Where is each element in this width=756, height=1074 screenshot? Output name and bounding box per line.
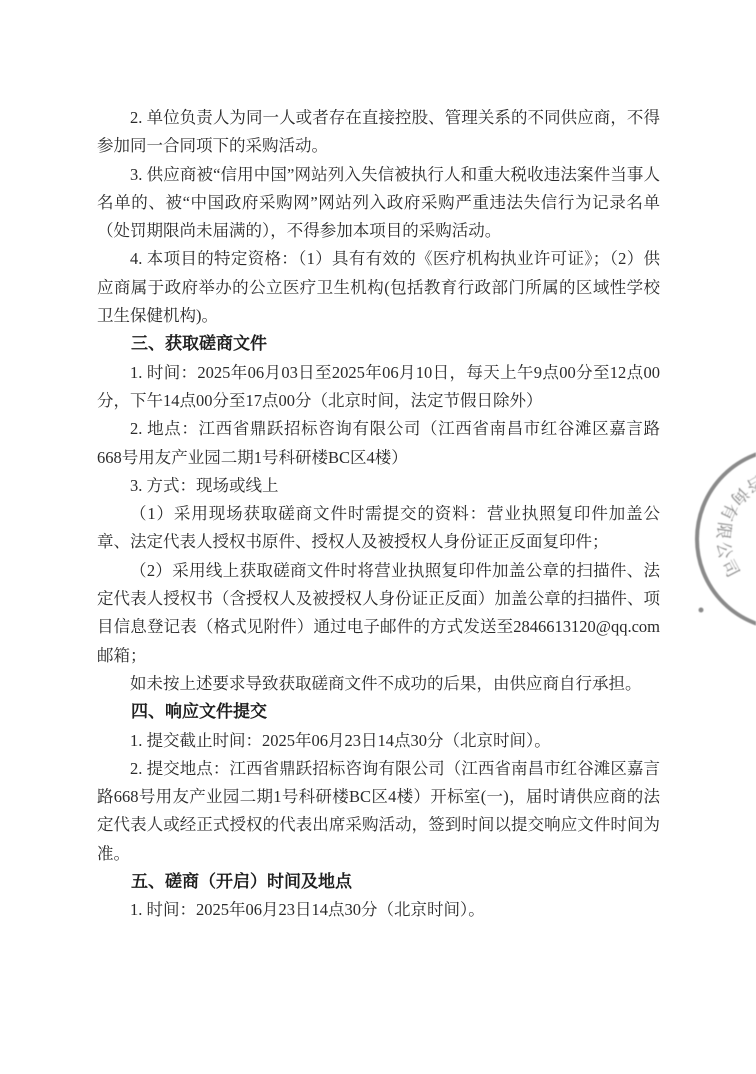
paragraph: （2）采用线上获取磋商文件时将营业执照复印件加盖公章的扫描件、法定代表人授权书（…	[97, 557, 660, 670]
seal-character: 咨	[743, 471, 756, 496]
seal-ring	[697, 449, 756, 629]
seal-character: 公	[713, 540, 735, 560]
paragraph: 2. 提交地点：江西省鼎跃招标咨询有限公司（江西省南昌市红谷滩区嘉言路668号用…	[97, 755, 660, 868]
seal-character: 有	[717, 500, 741, 523]
paragraph: 1. 时间：2025年06月03日至2025年06月10日，每天上午9点00分至…	[97, 359, 660, 416]
section-heading: 四、响应文件提交	[97, 698, 660, 726]
paragraph: 2. 单位负责人为同一人或者存在直接控股、管理关系的不同供应商，不得参加同一合同…	[97, 104, 660, 161]
document-page: 2. 单位负责人为同一人或者存在直接控股、管理关系的不同供应商，不得参加同一合同…	[0, 0, 756, 1074]
seal-dot	[699, 608, 704, 613]
paragraph: 3. 方式：现场或线上	[97, 472, 660, 500]
seal-graphic: 咨询有限公司	[684, 442, 756, 638]
paragraph: 1. 时间：2025年06月23日14点30分（北京时间）。	[97, 896, 660, 924]
seal-character: 司	[718, 557, 743, 581]
paragraph: （1）采用现场获取磋商文件时需提交的资料：营业执照复印件加盖公章、法定代表人授权…	[97, 500, 660, 557]
seal-character: 询	[727, 483, 752, 508]
paragraph: 1. 提交截止时间：2025年06月23日14点30分（北京时间）。	[97, 727, 660, 755]
paragraph: 如未按上述要求导致获取磋商文件不成功的后果，由供应商自行承担。	[97, 670, 660, 698]
section-heading: 五、磋商（开启）时间及地点	[97, 868, 660, 896]
company-seal-stamp: 咨询有限公司	[684, 442, 756, 638]
seal-character: 限	[713, 521, 734, 540]
paragraph: 3. 供应商被“信用中国”网站列入失信被执行人和重大税收违法案件当事人名单的、被…	[97, 161, 660, 246]
section-heading: 三、获取磋商文件	[97, 330, 660, 358]
document-body: 2. 单位负责人为同一人或者存在直接控股、管理关系的不同供应商，不得参加同一合同…	[97, 104, 660, 925]
paragraph: 2. 地点：江西省鼎跃招标咨询有限公司（江西省南昌市红谷滩区嘉言路668号用友产…	[97, 415, 660, 472]
paragraph: 4. 本项目的特定资格：（1）具有有效的《医疗机构执业许可证》；（2）供应商属于…	[97, 245, 660, 330]
